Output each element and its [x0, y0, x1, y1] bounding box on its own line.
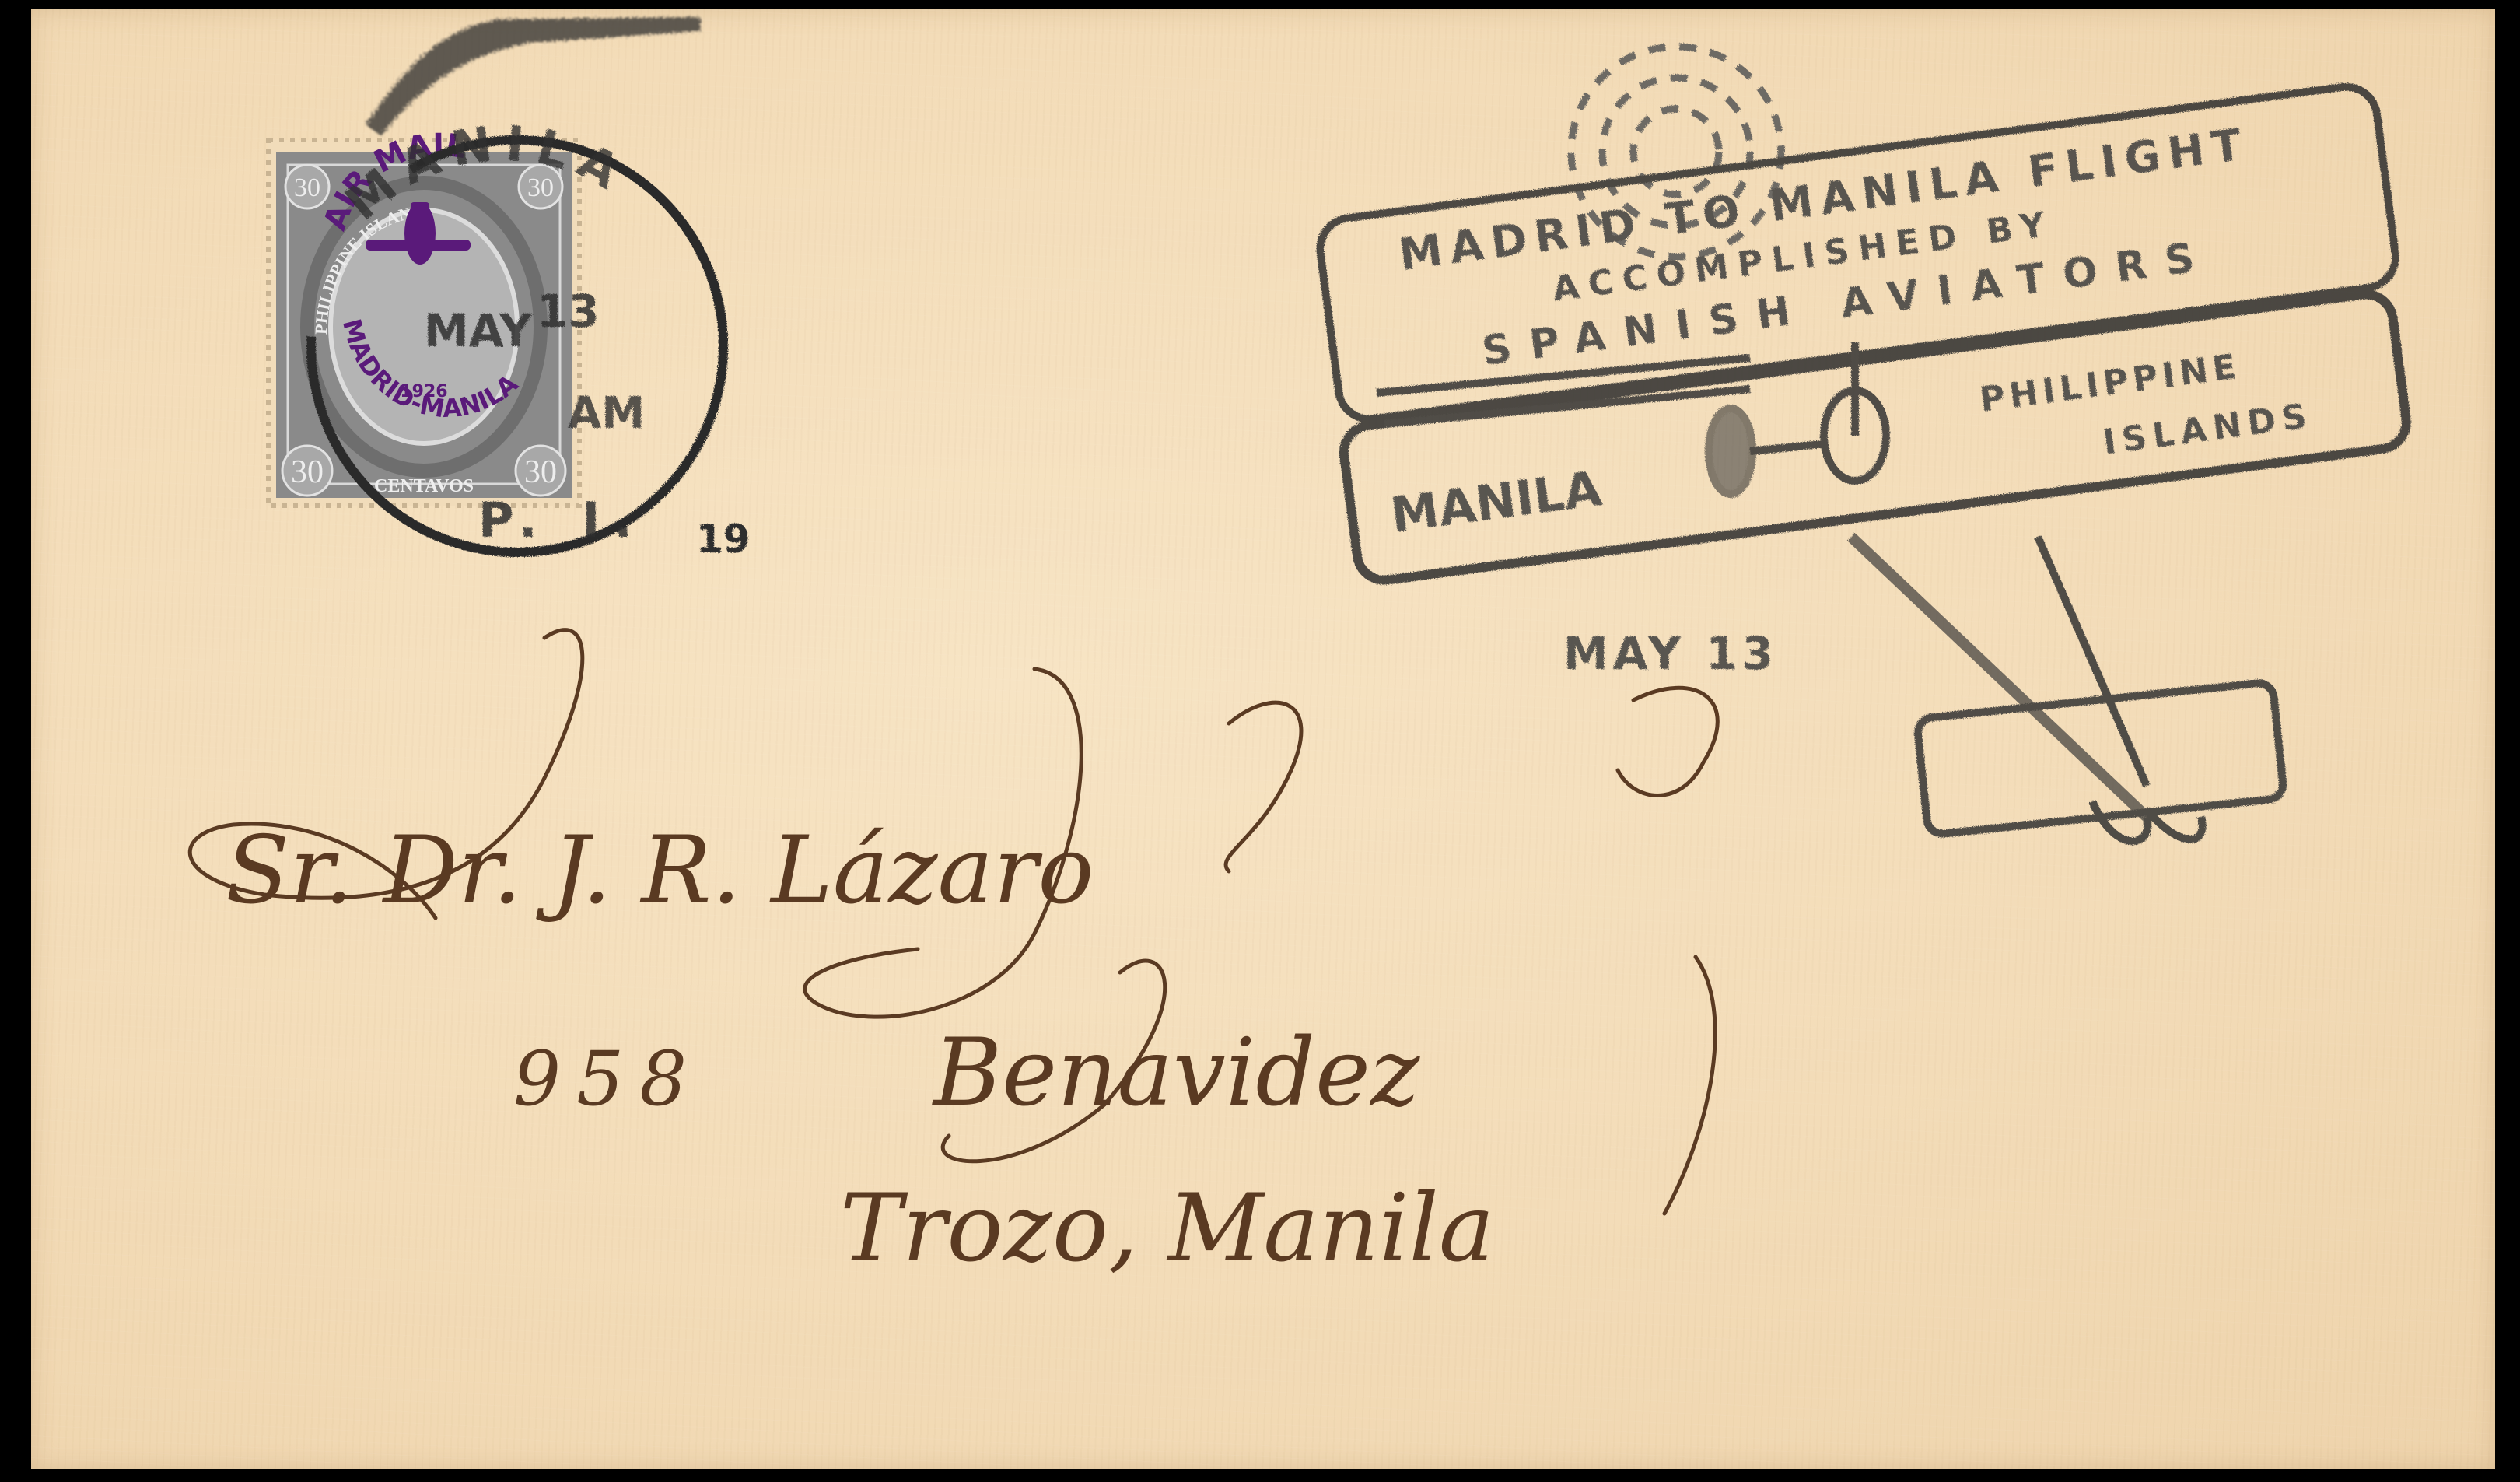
- envelope-markings: 30 30 30 30 PHILIPPINE ISLANDS CENTAVOS …: [0, 0, 2520, 1482]
- flight-cachet: MADRID TO MANILA FLIGHT ACCOMPLISHED BY …: [1317, 47, 2410, 841]
- stamp-denomination-tr: 30: [527, 173, 554, 202]
- postmark-month: MAY: [424, 304, 533, 357]
- stamp-denomination-tl: 30: [294, 173, 320, 202]
- address-recipient: Sr. Dr. J. R. Lázaro: [226, 817, 1094, 925]
- cachet-islands: ISLANDS: [2101, 396, 2315, 463]
- stamp-value-word: CENTAVOS: [374, 476, 474, 496]
- stamp-denomination-br: 30: [524, 454, 557, 490]
- postmark-time: AM: [568, 388, 645, 439]
- cachet-date: MAY 13: [1563, 627, 1778, 680]
- address-street: Benavidez: [932, 1019, 1420, 1127]
- postmark-day: 13: [537, 285, 600, 338]
- postmark-year-fragment: 19: [696, 517, 751, 562]
- stamp-denomination-bl: 30: [291, 454, 324, 490]
- address-number: 958: [513, 1035, 702, 1123]
- postage-stamp: 30 30 30 30 PHILIPPINE ISLANDS CENTAVOS …: [0, 0, 579, 506]
- postmark-region: P. I.: [478, 492, 646, 548]
- handwritten-address: Sr. Dr. J. R. Lázaro 958 Benavidez Trozo…: [190, 630, 1717, 1283]
- address-city: Trozo, Manila: [840, 1175, 1494, 1283]
- cachet-manila: MANILA: [1388, 460, 1605, 544]
- cachet-philippine: PHILIPPINE: [1977, 346, 2242, 420]
